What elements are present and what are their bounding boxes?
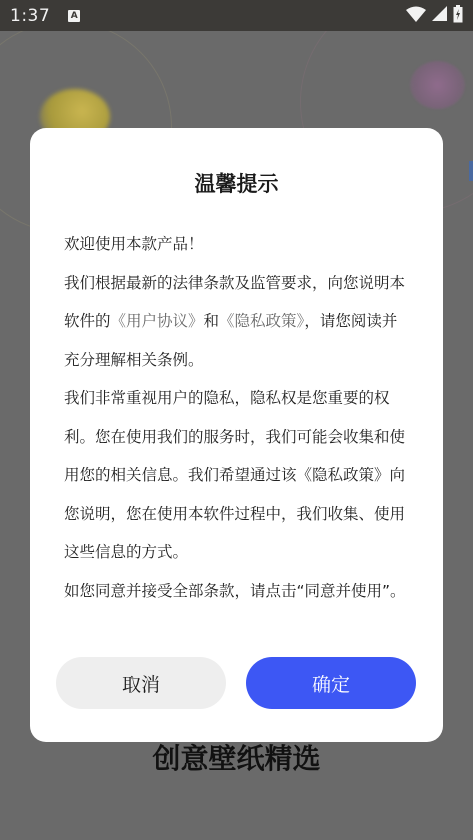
agreement-paragraph: 我们根据最新的法律条款及监管要求，向您说明本软件的《用户协议》和《隐私政策》，请… xyxy=(64,264,412,380)
privacy-dialog: 温馨提示 欢迎使用本款产品！ 我们根据最新的法律条款及监管要求，向您说明本软件的… xyxy=(30,128,443,742)
status-bar: 1:37 A xyxy=(0,0,473,31)
status-time: 1:37 xyxy=(10,6,50,26)
user-agreement-link[interactable]: 《用户协议》 xyxy=(111,312,204,330)
background-page-title: 创意壁纸精选 xyxy=(0,737,473,777)
privacy-paragraph: 我们非常重视用户的隐私，隐私权是您重要的权利。您在使用我们的服务时，我们可能会收… xyxy=(64,379,412,572)
wifi-icon xyxy=(406,6,426,26)
notification-a-icon: A xyxy=(68,10,80,22)
battery-charging-icon xyxy=(453,5,463,27)
dialog-title: 温馨提示 xyxy=(30,168,443,198)
confirm-button[interactable]: 确定 xyxy=(246,657,416,709)
status-icons xyxy=(406,5,463,27)
cancel-button[interactable]: 取消 xyxy=(56,657,226,709)
privacy-policy-link[interactable]: 《隐私政策》 xyxy=(219,312,304,330)
welcome-text: 欢迎使用本款产品！ xyxy=(64,225,412,264)
cellular-signal-icon xyxy=(432,6,447,25)
decorative-pink-orb-icon xyxy=(410,61,465,109)
dialog-body: 欢迎使用本款产品！ 我们根据最新的法律条款及监管要求，向您说明本软件的《用户协议… xyxy=(64,225,412,610)
consent-paragraph: 如您同意并接受全部条款，请点击“同意并使用”。 xyxy=(64,572,412,611)
edge-handle xyxy=(469,161,473,181)
agreement-text-mid: 和 xyxy=(204,312,220,330)
